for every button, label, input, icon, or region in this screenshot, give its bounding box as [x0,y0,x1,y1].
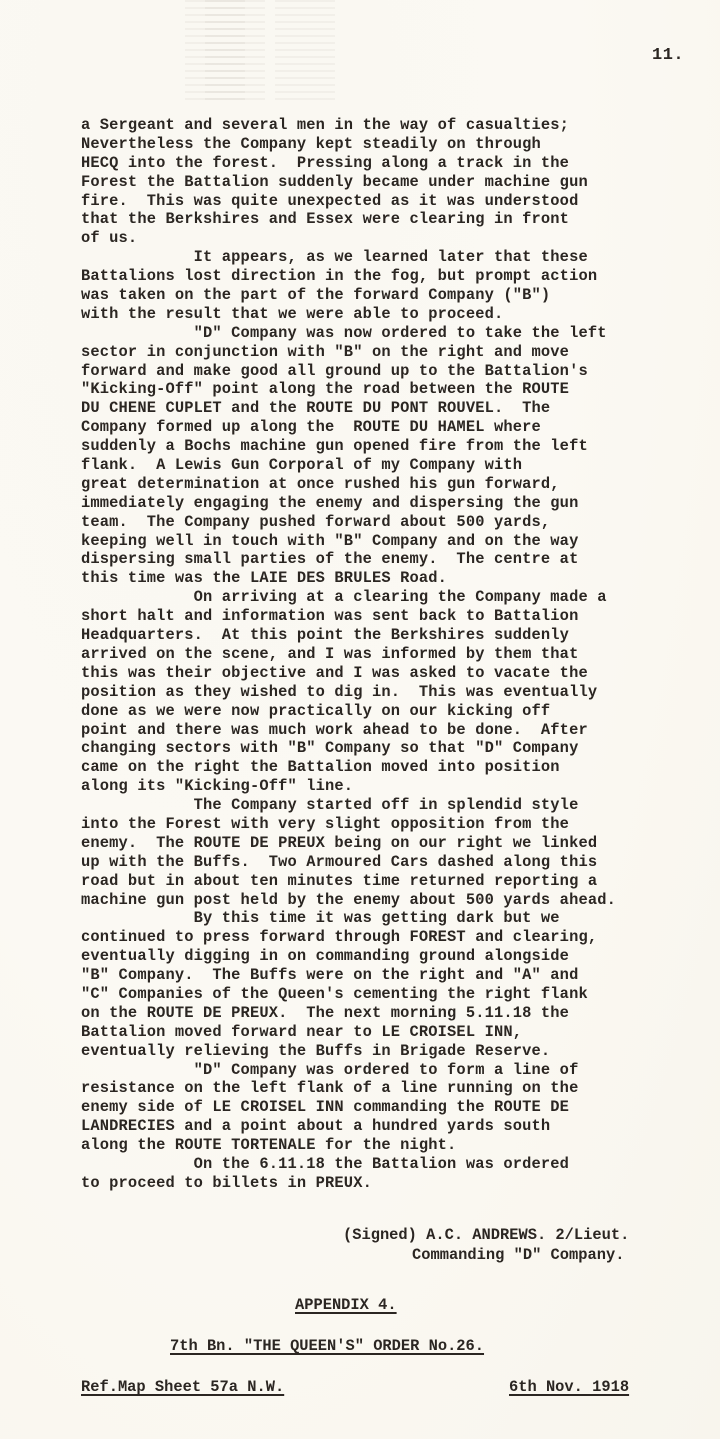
text-line: fire. This was quite unexpected as it wa… [81,192,720,211]
text-line: On arriving at a clearing the Company ma… [81,588,720,607]
text-line: Nevertheless the Company kept steadily o… [81,135,720,154]
text-line: this was their objective and I was asked… [81,664,720,683]
text-line: along its "Kicking-Off" line. [81,777,720,796]
text-line: "Kicking-Off" point along the road betwe… [81,380,720,399]
order-date: 6th Nov. 1918 [509,1378,629,1396]
text-line: On the 6.11.18 the Battalion was ordered [81,1155,720,1174]
text-line: "D" Company was now ordered to take the … [81,324,720,343]
text-line: team. The Company pushed forward about 5… [81,513,720,532]
text-line: By this time it was getting dark but we [81,909,720,928]
text-line: HECQ into the forest. Pressing along a t… [81,154,720,173]
text-line: resistance on the left flank of a line r… [81,1079,720,1098]
text-line: enemy. The ROUTE DE PREUX being on our r… [81,834,720,853]
text-line: eventually digging in on commanding grou… [81,947,720,966]
text-line: flank. A Lewis Gun Corporal of my Compan… [81,456,720,475]
text-line: position as they wished to dig in. This … [81,683,720,702]
text-line: LANDRECIES and a point about a hundred y… [81,1117,720,1136]
text-line: "B" Company. The Buffs were on the right… [81,966,720,985]
report-body: a Sergeant and several men in the way of… [81,116,720,1193]
page-number: 11. [652,46,684,65]
text-line: immediately engaging the enemy and dispe… [81,494,720,513]
text-line: "C" Companies of the Queen's cementing t… [81,985,720,1004]
text-line: into the Forest with very slight opposit… [81,815,720,834]
text-line: Headquarters. At this point the Berkshir… [81,626,720,645]
text-line: enemy side of LE CROISEL INN commanding … [81,1098,720,1117]
text-line: Forest the Battalion suddenly became und… [81,173,720,192]
text-line: sector in conjunction with "B" on the ri… [81,343,720,362]
text-line: point and there was much work ahead to b… [81,721,720,740]
text-line: was taken on the part of the forward Com… [81,286,720,305]
text-line: along the ROUTE TORTENALE for the night. [81,1136,720,1155]
text-line: on the ROUTE DE PREUX. The next morning … [81,1004,720,1023]
text-line: "D" Company was ordered to form a line o… [81,1061,720,1080]
bleed-through-text [275,0,335,105]
text-line: a Sergeant and several men in the way of… [81,116,720,135]
signature-title: Commanding "D" Company. [412,1246,624,1264]
text-line: up with the Buffs. Two Armoured Cars das… [81,853,720,872]
text-line: arrived on the scene, and I was informed… [81,645,720,664]
order-title: 7th Bn. "THE QUEEN'S" ORDER No.26. [170,1337,484,1355]
text-line: keeping well in touch with "B" Company a… [81,532,720,551]
text-line: forward and make good all ground up to t… [81,362,720,381]
text-line: machine gun post held by the enemy about… [81,891,720,910]
text-line: DU CHENE CUPLET and the ROUTE DU PONT RO… [81,399,720,418]
signature-line: (Signed) A.C. ANDREWS. 2/Lieut. [343,1226,629,1244]
text-line: suddenly a Bochs machine gun opened fire… [81,437,720,456]
text-line: Battalions lost direction in the fog, bu… [81,267,720,286]
text-line: continued to press forward through FORES… [81,928,720,947]
map-reference: Ref.Map Sheet 57a N.W. [81,1378,284,1396]
text-line: The Company started off in splendid styl… [81,796,720,815]
text-line: It appears, as we learned later that the… [81,248,720,267]
text-line: changing sectors with "B" Company so tha… [81,739,720,758]
appendix-title: APPENDIX 4. [295,1296,397,1314]
text-line: great determination at once rushed his g… [81,475,720,494]
text-line: this time was the LAIE DES BRULES Road. [81,569,720,588]
text-line: done as we were now practically on our k… [81,702,720,721]
text-line: Company formed up along the ROUTE DU HAM… [81,418,720,437]
text-line: with the result that we were able to pro… [81,305,720,324]
text-line: to proceed to billets in PREUX. [81,1174,720,1193]
text-line: Battalion moved forward near to LE CROIS… [81,1023,720,1042]
text-line: short halt and information was sent back… [81,607,720,626]
bleed-through-text [205,0,265,105]
text-line: eventually relieving the Buffs in Brigad… [81,1042,720,1061]
text-line: that the Berkshires and Essex were clear… [81,210,720,229]
document-page: 11. a Sergeant and several men in the wa… [0,0,720,1439]
text-line: dispersing small parties of the enemy. T… [81,550,720,569]
text-line: came on the right the Battalion moved in… [81,758,720,777]
text-line: of us. [81,229,720,248]
text-line: road but in about ten minutes time retur… [81,872,720,891]
